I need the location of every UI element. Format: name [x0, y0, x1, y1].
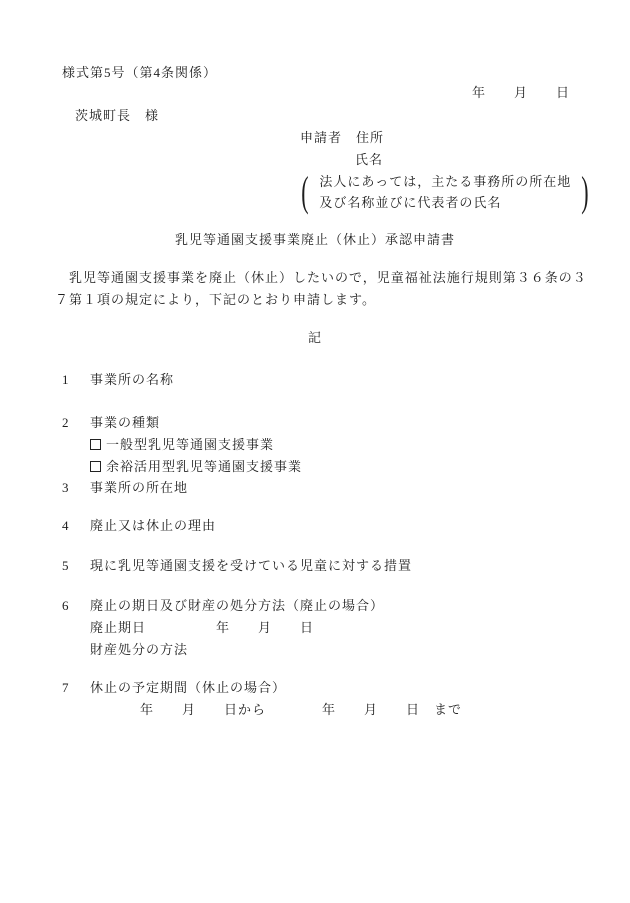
item-7: 7休止の予定期間（休止の場合） — [62, 680, 630, 696]
checkbox-surplus-type-icon[interactable] — [90, 461, 101, 472]
item-1: 1事業所の名称 — [62, 372, 630, 388]
addressee: 茨城町長 様 — [75, 108, 630, 124]
item-7-number: 7 — [62, 680, 90, 696]
body-paragraph-line1: 乳児等通園支援事業を廃止（休止）したいので，児童福祉法施行規則第３６条の３ — [55, 267, 575, 289]
item-1-label: 事業所の名称 — [90, 372, 174, 387]
item-6-label: 廃止の期日及び財産の処分方法（廃止の場合） — [90, 598, 384, 613]
item-1-number: 1 — [62, 372, 90, 388]
form-number: 様式第5号（第4条関係） — [62, 65, 630, 81]
document-title: 乳児等通園支援事業廃止（休止）承認申請書 — [0, 232, 630, 248]
applicant-address-label: 申請者 住所 — [300, 130, 630, 146]
body-paragraph-line2: ７第１項の規定により，下記のとおり申請します。 — [55, 289, 575, 311]
item-6-property-disposal-line: 財産処分の方法 — [90, 642, 630, 658]
item-2-number: 2 — [62, 415, 90, 431]
corporate-note: ( 法人にあっては，主たる事務所の所在地 及び名称並びに代表者の氏名 ) — [298, 168, 630, 216]
body-paragraph: 乳児等通園支援事業を廃止（休止）したいので，児童福祉法施行規則第３６条の３ ７第… — [55, 267, 575, 311]
item-3: 3事業所の所在地 — [62, 480, 630, 496]
item-4-number: 4 — [62, 518, 90, 534]
item-3-label: 事業所の所在地 — [90, 480, 188, 495]
item-5-label: 現に乳児等通園支援を受けている児童に対する措置 — [90, 558, 412, 573]
left-paren: ( — [301, 167, 309, 217]
item-3-number: 3 — [62, 480, 90, 496]
checkbox-row-surplus-type: 余裕活用型乳児等通園支援事業 — [90, 459, 630, 475]
corporate-note-text: 法人にあっては，主たる事務所の所在地 及び名称並びに代表者の氏名 — [312, 171, 578, 213]
item-4-label: 廃止又は休止の理由 — [90, 518, 216, 533]
corporate-note-line1: 法人にあっては，主たる事務所の所在地 — [319, 174, 571, 189]
item-5-number: 5 — [62, 558, 90, 574]
applicant-name-label: 氏名 — [355, 152, 630, 168]
checkbox-general-type-icon[interactable] — [90, 439, 101, 450]
item-4: 4廃止又は休止の理由 — [62, 518, 630, 534]
item-6-abolition-date-line: 廃止期日 年 月 日 — [90, 620, 630, 636]
corporate-note-line2: 及び名称並びに代表者の氏名 — [319, 195, 501, 210]
date-line: 年 月 日 — [0, 85, 630, 101]
item-5: 5現に乳児等通園支援を受けている児童に対する措置 — [62, 558, 630, 574]
application-form-page: 様式第5号（第4条関係） 年 月 日 茨城町長 様 申請者 住所 氏名 ( 法人… — [0, 0, 630, 903]
notation-mark: 記 — [0, 330, 630, 346]
item-2: 2事業の種類 — [62, 415, 630, 431]
checkbox-general-type-label: 一般型乳児等通園支援事業 — [106, 437, 274, 452]
item-6: 6廃止の期日及び財産の処分方法（廃止の場合） — [62, 598, 630, 614]
checkbox-row-general-type: 一般型乳児等通園支援事業 — [90, 437, 630, 453]
right-paren: ) — [581, 167, 589, 217]
item-6-number: 6 — [62, 598, 90, 614]
checkbox-surplus-type-label: 余裕活用型乳児等通園支援事業 — [106, 459, 302, 474]
item-2-label: 事業の種類 — [90, 415, 160, 430]
item-7-label: 休止の予定期間（休止の場合） — [90, 680, 286, 695]
item-7-period-line: 年 月 日から 年 月 日 まで — [140, 702, 630, 718]
